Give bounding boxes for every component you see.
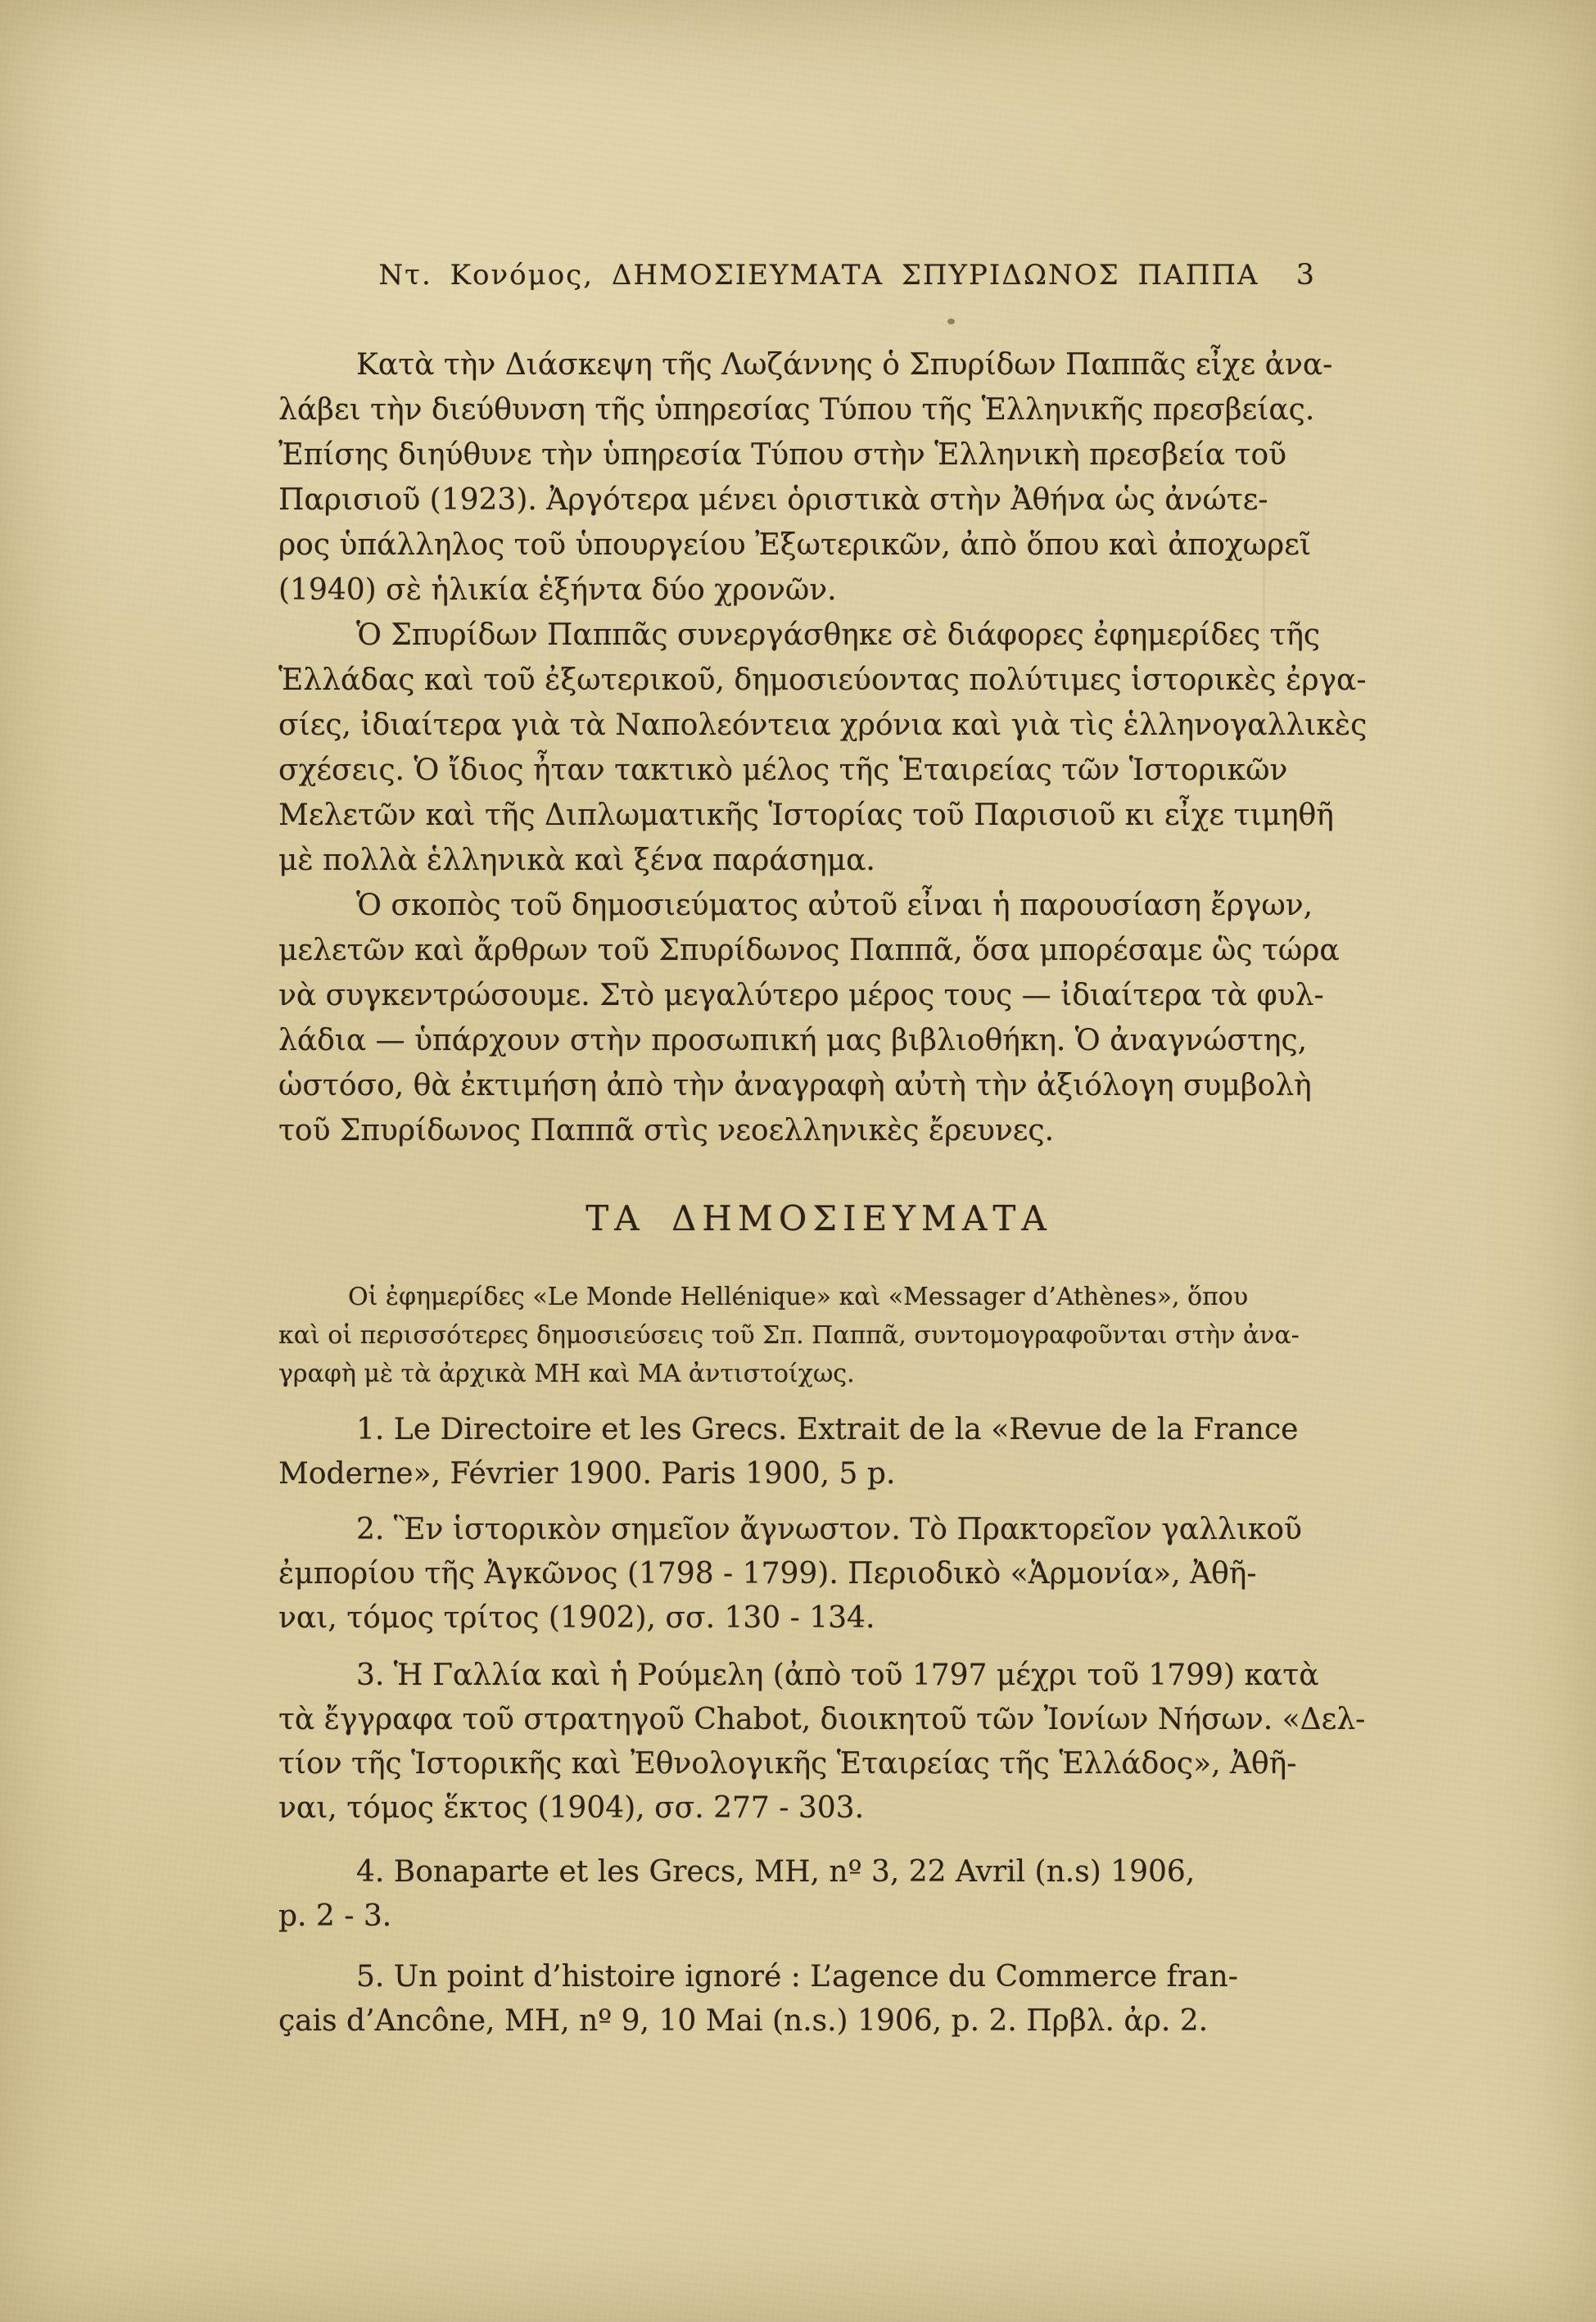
paragraph-lausanne-career: Κατὰ τὴν Διάσκεψη τῆς Λωζάννης ὁ Σπυρίδω… xyxy=(278,342,1359,613)
bibliography-entry-2: 2. Ἓν ἱστορικὸν σημεῖον ἄγνωστον. Τὸ Πρα… xyxy=(278,1508,1359,1641)
abbreviations-note: Οἱ ἐφημερίδες «Le Monde Hellénique» καὶ … xyxy=(278,1278,1359,1393)
bibliography-entry-3: 3. Ἡ Γαλλία καὶ ἡ Ρούμελη (ἀπὸ τοῦ 1797 … xyxy=(278,1654,1359,1831)
paragraph-purpose: Ὁ σκοπὸς τοῦ δημοσιεύματος αὐτοῦ εἶναι ἡ… xyxy=(278,883,1359,1153)
paper-speck xyxy=(947,319,955,324)
section-heading: ΤΑ ΔΗΜΟΣΙΕΥΜΑΤΑ xyxy=(278,1194,1359,1243)
page-number: 3 xyxy=(1296,256,1314,295)
bibliography-entry-1: 1. Le Directoire et les Grecs. Extrait d… xyxy=(278,1408,1359,1496)
bibliography-entry-4: 4. Bonaparte et les Grecs, ΜΗ, nº 3, 22 … xyxy=(278,1850,1359,1939)
running-header: Ντ. Κονόμος, ΔΗΜΟΣΙΕΥΜΑΤΑ ΣΠΥΡΙΔΩΝΟΣ ΠΑΠ… xyxy=(278,256,1359,295)
text-column: Κατὰ τὴν Διάσκεψη τῆς Λωζάννης ὁ Σπυρίδω… xyxy=(278,342,1359,2044)
bibliography-entry-5: 5. Un point d’histoire ignoré : L’agence… xyxy=(278,1955,1359,2044)
scanned-page: Ντ. Κονόμος, ΔΗΜΟΣΙΕΥΜΑΤΑ ΣΠΥΡΙΔΩΝΟΣ ΠΑΠ… xyxy=(0,0,1596,2322)
paragraph-collaborations: Ὁ Σπυρίδων Παππᾶς συνεργάσθηκε σὲ διάφορ… xyxy=(278,613,1359,883)
running-header-text: Ντ. Κονόμος, ΔΗΜΟΣΙΕΥΜΑΤΑ ΣΠΥΡΙΔΩΝΟΣ ΠΑΠ… xyxy=(378,259,1259,292)
